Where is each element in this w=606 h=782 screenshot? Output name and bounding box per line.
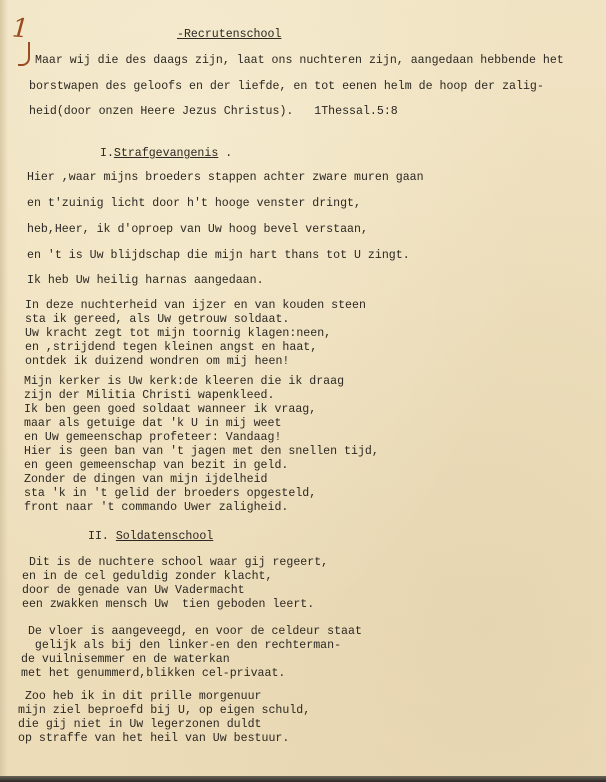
verse-line: Hier ,waar mijns broeders stappen achter…: [27, 171, 424, 184]
page-bottom-edge: [0, 776, 606, 782]
verse-line: zijn der Militia Christi wapenkleed.: [24, 389, 274, 402]
verse-line: Uw kracht zegt tot mijn toornig klagen:n…: [25, 327, 331, 340]
verse-line: mijn ziel beproefd bij U, op eigen schul…: [18, 704, 310, 717]
verse-line: door de genade van Uw Vadermacht: [22, 584, 245, 597]
verse-line: maar als getuige dat 'k U in mij weet: [24, 417, 281, 430]
epigraph-line: heid(door onzen Heere Jezus Christus). 1…: [29, 105, 398, 118]
verse-line: Mijn kerker is Uw kerk:de kleeren die ik…: [24, 375, 344, 388]
verse-line: Ik heb Uw heilig harnas aangedaan.: [27, 274, 264, 287]
verse-line: een zwakken mensch Uw tien geboden leert…: [22, 598, 314, 611]
verse-line: Ik ben geen goed soldaat wanneer ik vraa…: [24, 403, 316, 416]
verse-line: gelijk als bij den linker-en den rechter…: [21, 639, 341, 652]
verse-line: heb,Heer, ik d'oproep van Uw hoog bevel …: [27, 223, 368, 236]
document-page: 1 -Recrutenschool Maar wij die des daags…: [0, 0, 606, 782]
verse-line: Zoo heb ik in dit prille morgenuur: [18, 690, 262, 703]
section-heading-2: II. Soldatenschool: [88, 530, 213, 543]
section-punct: .: [218, 147, 232, 160]
section-title: Soldatenschool: [116, 530, 213, 543]
verse-line: en 't is Uw blijdschap die mijn hart tha…: [27, 249, 410, 262]
section-number: I.: [100, 147, 114, 160]
verse-line: die gij niet in Uw legerzonen duldt: [18, 718, 262, 731]
verse-line: Dit is de nuchtere school waar gij regee…: [22, 556, 328, 569]
verse-line: De vloer is aangeveegd, en voor de celde…: [21, 625, 362, 638]
paper-edge: [0, 0, 8, 782]
verse-line: front naar 't commando Uwer zaligheid.: [24, 501, 288, 514]
verse-line: Zonder de dingen van mijn ijdelheid: [24, 473, 268, 486]
verse-line: met het genummerd,blikken cel-privaat.: [21, 667, 285, 680]
epigraph-line: borstwapen des geloofs en der liefde, en…: [29, 80, 544, 93]
verse-line: en Uw gemeenschap profeteer: Vandaag!: [24, 431, 281, 444]
verse-line: en in de cel geduldig zonder klacht,: [22, 570, 272, 583]
verse-line: op straffe van het heil van Uw bestuur.: [18, 732, 289, 745]
section-number: II.: [88, 530, 116, 543]
verse-line: en t'zuinig licht door h't hooge venster…: [27, 197, 361, 210]
epigraph-line: Maar wij die des daags zijn, laat ons nu…: [35, 54, 564, 67]
handwritten-bracket: [18, 42, 30, 66]
verse-line: en ,strijdend tegen kleinen angst en haa…: [25, 341, 317, 354]
handwritten-page-mark: 1: [11, 13, 30, 44]
verse-line: sta ik gereed, als Uw getrouw soldaat.: [25, 313, 289, 326]
verse-line: sta 'k in 't gelid der broeders opgestel…: [24, 487, 316, 500]
section-heading-1: I.Strafgevangenis .: [100, 147, 232, 160]
verse-line: de vuilnisemmer en de waterkan: [21, 653, 230, 666]
verse-line: en geen gemeenschap van bezit in geld.: [24, 459, 288, 472]
document-title: -Recrutenschool: [177, 28, 281, 41]
verse-line: In deze nuchterheid van ijzer en van kou…: [25, 299, 366, 312]
verse-line: ontdek ik duizend wondren om mij heen!: [25, 355, 289, 368]
section-title: Strafgevangenis: [114, 147, 218, 160]
verse-line: Hier is geen ban van 't jagen met den sn…: [24, 445, 379, 458]
